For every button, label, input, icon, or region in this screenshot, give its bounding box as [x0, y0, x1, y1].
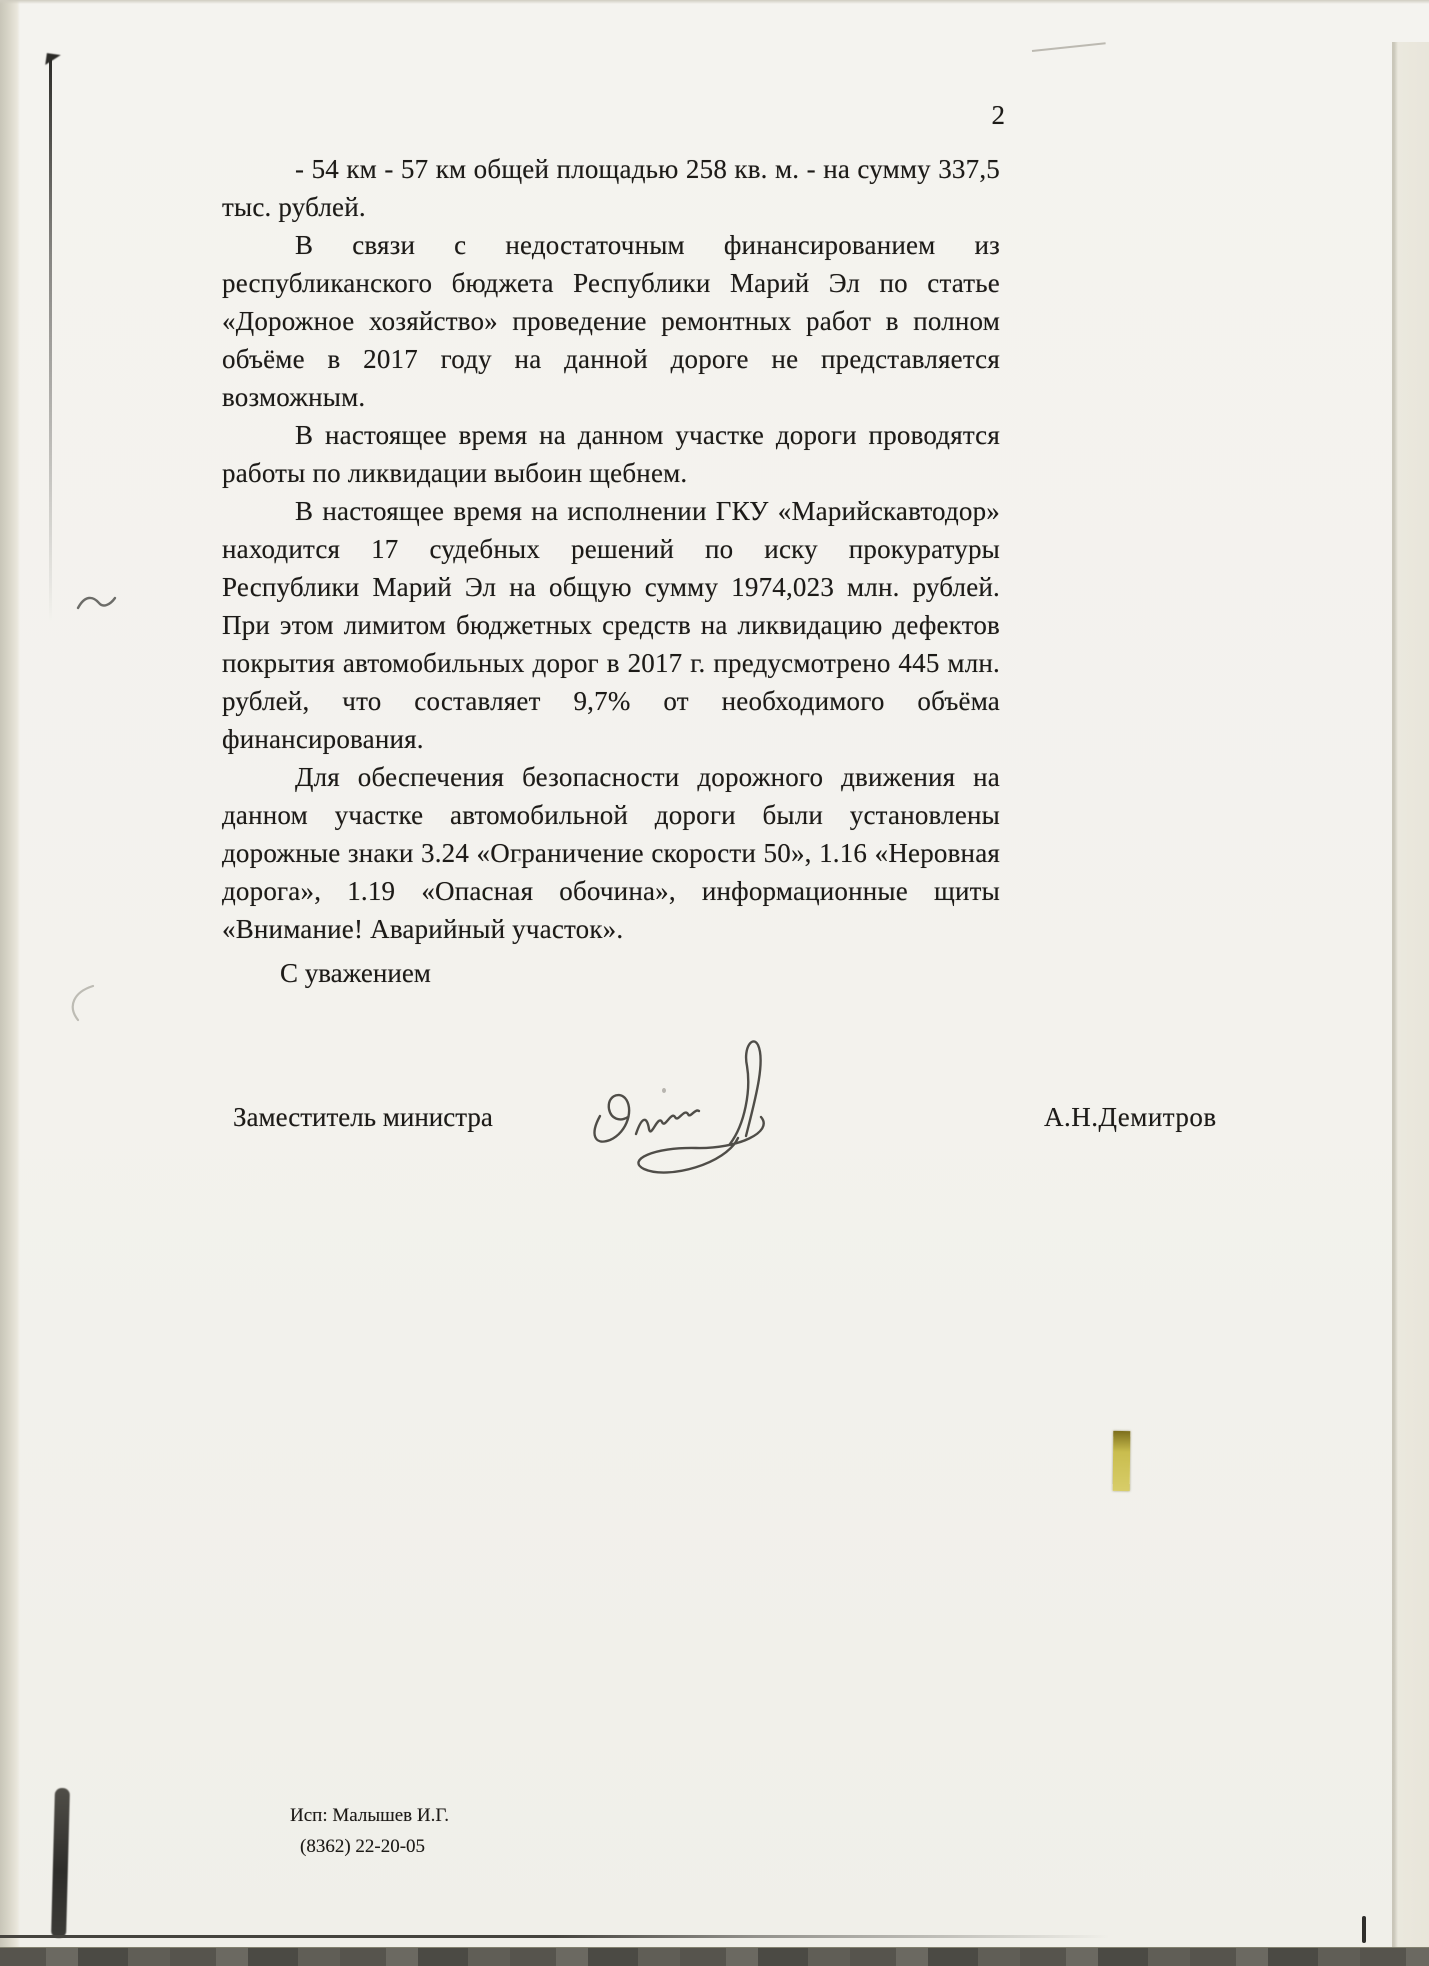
scanner-edge-left — [0, 0, 20, 1966]
scan-artifact-diagonal-line — [1032, 42, 1106, 52]
executor-footer: Исп: Малышев И.Г. (8362) 22-20-05 — [290, 1800, 449, 1862]
scan-artifact-tilde-mark — [76, 592, 118, 616]
closing-salutation: С уважением — [280, 958, 431, 989]
paragraph-pothole-works: В настоящее время на данном участке доро… — [222, 416, 1000, 492]
scan-artifact-bottom-smudge — [51, 1788, 70, 1938]
signer-title: Заместитель министра — [233, 1102, 493, 1133]
letter-body: - 54 км - 57 км общей площадью 258 кв. м… — [222, 150, 1000, 948]
sticky-tab-mark — [1113, 1431, 1131, 1491]
executor-name: Исп: Малышев И.Г. — [290, 1800, 449, 1831]
scan-artifact-bottom-line — [0, 1935, 1110, 1938]
page-number: 2 — [950, 100, 1005, 131]
executor-phone: (8362) 22-20-05 — [290, 1831, 449, 1862]
scanned-letter-page: 2 - 54 км - 57 км общей площадью 258 кв.… — [0, 0, 1429, 1966]
scanner-edge-right — [1392, 42, 1429, 1966]
scan-artifact-tick-mark — [1362, 1916, 1366, 1943]
scan-artifact-faint-mark — [62, 982, 100, 1024]
signer-name: А.Н.Демитров — [1044, 1102, 1217, 1133]
paragraph-area-sum: - 54 км - 57 км общей площадью 258 кв. м… — [222, 150, 1000, 226]
scanner-edge-top — [0, 0, 1429, 4]
paragraph-funding-shortage: В связи с недостаточным финансированием … — [222, 226, 1000, 416]
scan-artifact-corner-flag — [45, 53, 61, 67]
scan-artifact-corner-line — [49, 57, 52, 622]
scan-artifact-bottom-band — [0, 1947, 1429, 1966]
paragraph-court-decisions: В настоящее время на исполнении ГКУ «Мар… — [222, 492, 1000, 758]
paragraph-road-signs: Для обеспечения безопасности дорожного д… — [222, 758, 1000, 948]
signature-scrawl — [578, 1032, 813, 1187]
